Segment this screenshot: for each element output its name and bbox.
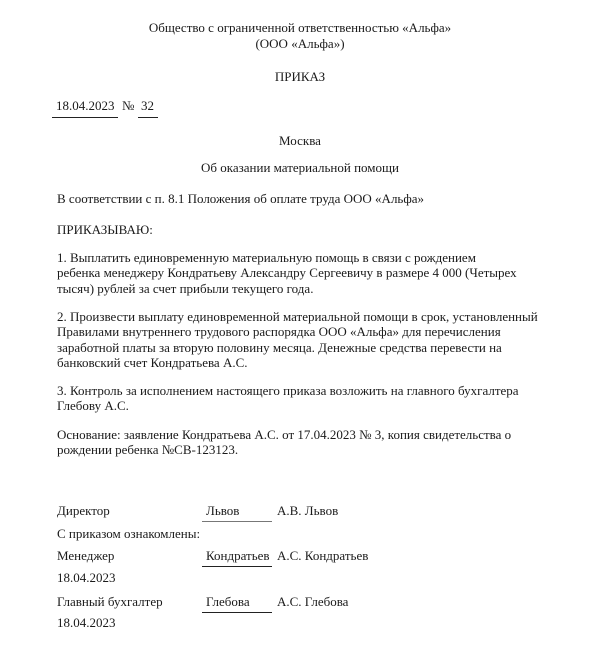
item-line: 1. Выплатить единовременную материальную… xyxy=(57,250,517,265)
item-line: тысяч) рублей за счет прибыли текущего г… xyxy=(57,281,517,296)
chief-accountant-date: 18.04.2023 xyxy=(57,615,116,630)
order-date: 18.04.2023 xyxy=(56,98,115,113)
chief-accountant-name: А.С. Глебова xyxy=(277,594,348,609)
grounds-line: Основание: заявление Кондратьева А.С. от… xyxy=(57,427,511,442)
acknowledged-label: С приказом ознакомлены: xyxy=(57,526,200,541)
city: Москва xyxy=(0,133,600,148)
chief-accountant-position: Главный бухгалтер xyxy=(57,594,163,609)
grounds: Основание: заявление Кондратьева А.С. от… xyxy=(57,427,511,458)
organization-full-name: Общество с ограниченной ответственностью… xyxy=(0,20,600,35)
order-item-1: 1. Выплатить единовременную материальную… xyxy=(57,250,517,296)
order-date-underline xyxy=(52,117,118,118)
item-line: банковский счет Кондратьева А.С. xyxy=(57,355,538,370)
director-position: Директор xyxy=(57,503,110,518)
director-signature: Львов xyxy=(206,503,239,518)
order-title: Об оказании материальной помощи xyxy=(0,160,600,175)
chief-accountant-signature-line xyxy=(202,612,272,613)
order-item-2: 2. Произвести выплату единовременной мат… xyxy=(57,309,538,370)
manager-name: А.С. Кондратьев xyxy=(277,548,368,563)
order-number: 32 xyxy=(141,98,154,113)
manager-signature: Кондратьев xyxy=(206,548,270,563)
order-word: ПРИКАЗЫВАЮ: xyxy=(57,222,153,237)
order-item-3: 3. Контроль за исполнением настоящего пр… xyxy=(57,383,519,414)
director-name: А.В. Львов xyxy=(277,503,338,518)
order-number-underline xyxy=(138,117,158,118)
item-line: 3. Контроль за исполнением настоящего пр… xyxy=(57,383,519,398)
item-line: Правилами внутреннего трудового распоряд… xyxy=(57,324,538,339)
manager-signature-line xyxy=(202,566,272,567)
organization-short-name: (ООО «Альфа») xyxy=(0,36,600,51)
item-line: заработной платы за вторую половину меся… xyxy=(57,340,538,355)
director-signature-line xyxy=(202,521,272,522)
document-type: ПРИКАЗ xyxy=(0,69,600,84)
manager-date: 18.04.2023 xyxy=(57,570,116,585)
chief-accountant-signature: Глебова xyxy=(206,594,250,609)
number-sign: № xyxy=(122,98,134,113)
grounds-line: рождении ребенка №СВ-123123. xyxy=(57,442,511,457)
manager-position: Менеджер xyxy=(57,548,114,563)
item-line: 2. Произвести выплату единовременной мат… xyxy=(57,309,538,324)
item-line: Глебову А.С. xyxy=(57,398,519,413)
item-line: ребенка менеджеру Кондратьеву Александру… xyxy=(57,265,517,280)
basis-intro: В соответствии с п. 8.1 Положения об опл… xyxy=(57,191,424,206)
